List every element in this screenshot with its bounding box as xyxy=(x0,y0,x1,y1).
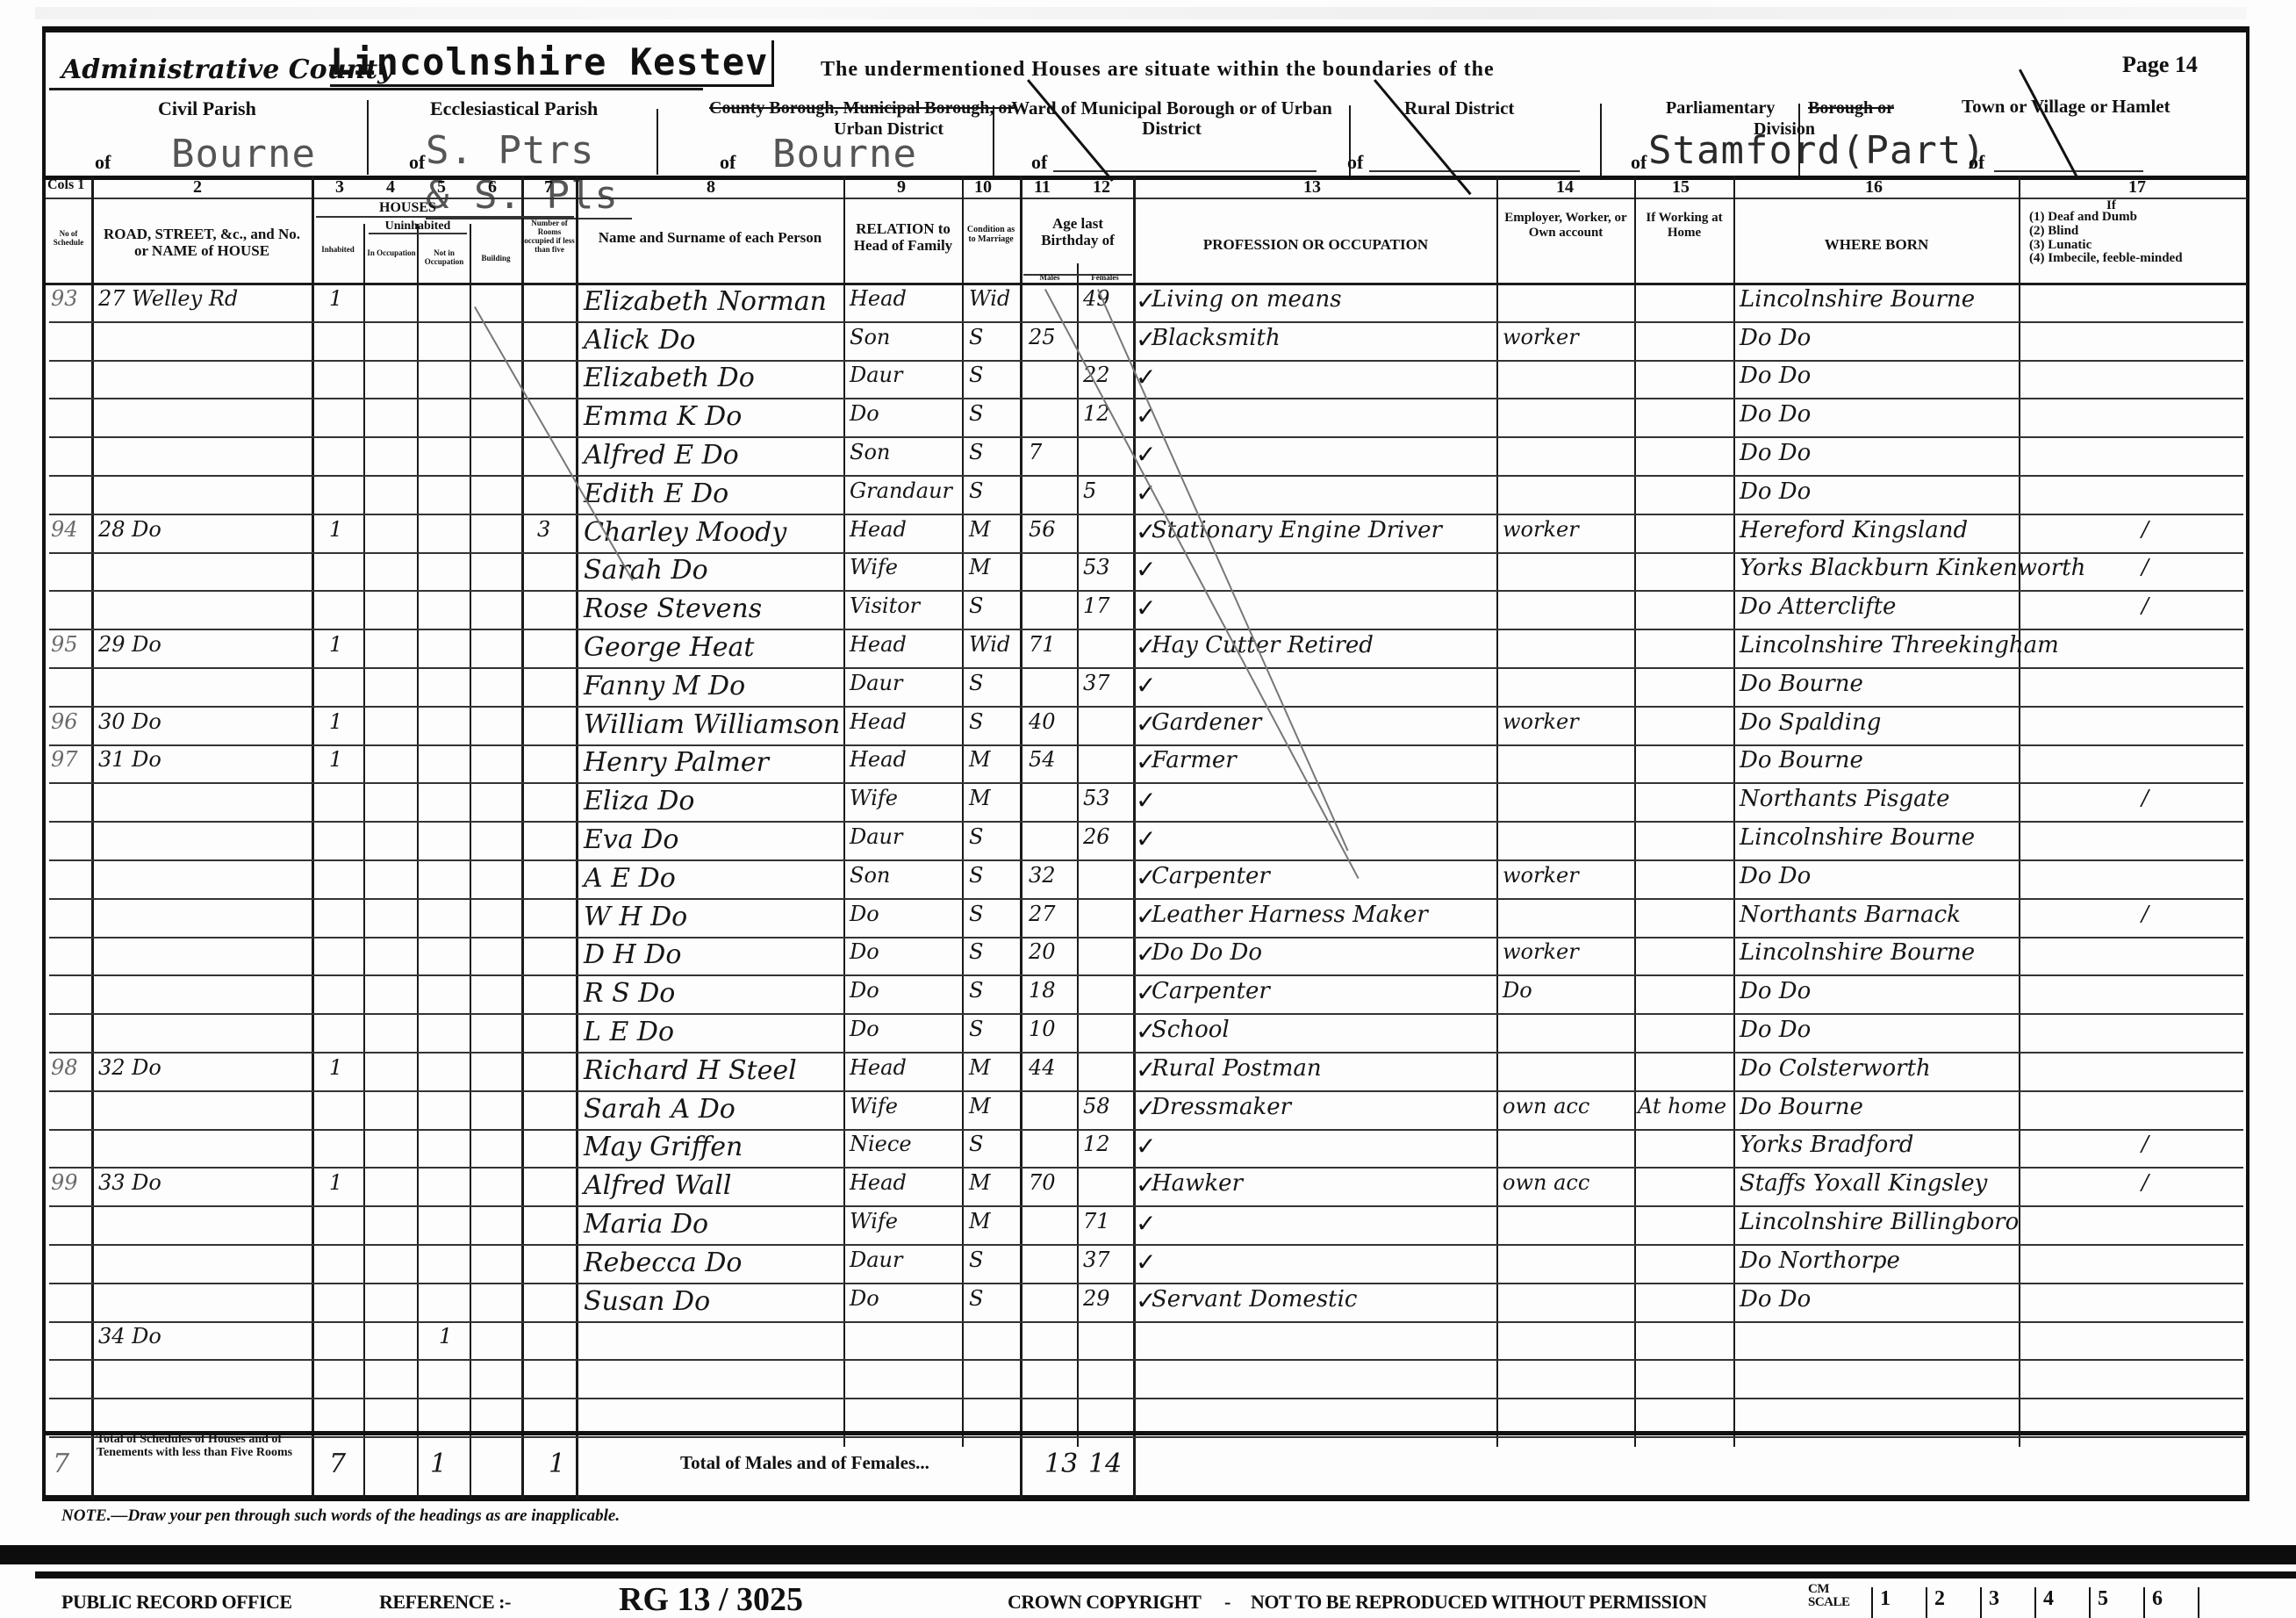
age-male: 18 xyxy=(1029,978,1056,1003)
parliamentary-borough-struck: Borough or xyxy=(1808,98,1894,118)
where-born: Lincolnshire Threekingham xyxy=(1740,632,2059,658)
occupation: Servant Domestic xyxy=(1152,1286,1357,1312)
relation: Do xyxy=(850,1286,879,1311)
inhabited: 1 xyxy=(329,747,342,772)
col-line xyxy=(1634,176,1636,1447)
col-in-occupation-header: In Occupation xyxy=(367,249,416,258)
address: 28 Do xyxy=(98,517,161,542)
relation: Grandaur xyxy=(850,478,952,503)
rural-value-line xyxy=(1369,170,1580,172)
condition: M xyxy=(969,1094,991,1118)
infirmity-option: (4) Imbecile, feeble-minded xyxy=(2029,252,2183,266)
relation: Head xyxy=(850,517,907,542)
inhabited: 1 xyxy=(329,1055,342,1080)
address: 29 Do xyxy=(98,632,161,657)
relation: Son xyxy=(850,863,890,888)
row-rule xyxy=(49,1244,2243,1246)
col-inhabited-header: Inhabited xyxy=(314,246,362,255)
relation: Do xyxy=(850,1017,879,1041)
col-number: 14 xyxy=(1556,177,1574,198)
totals-schedules-label: Total of Schedules of Houses and of Tene… xyxy=(97,1433,307,1460)
person-name: Richard H Steel xyxy=(584,1055,797,1086)
age-male: 40 xyxy=(1029,709,1056,734)
occupation: Leather Harness Maker xyxy=(1152,902,1428,928)
town-value-line xyxy=(1994,170,2143,172)
schedule-number: 96 xyxy=(51,709,78,734)
age-male: 25 xyxy=(1029,325,1056,349)
condition: M xyxy=(969,786,991,810)
check-mark-icon: ✓ xyxy=(1136,286,1156,315)
person-name: Elizabeth Do xyxy=(584,363,755,393)
occupation: Living on means xyxy=(1152,286,1342,313)
age-female: 58 xyxy=(1083,1094,1110,1118)
condition: S xyxy=(969,709,983,734)
row-rule xyxy=(49,821,2243,823)
age-female: 5 xyxy=(1083,478,1096,503)
person-name: Alfred E Do xyxy=(584,440,739,471)
uninhabited-header: Uninhabited xyxy=(369,219,467,234)
check-mark-icon: ✓ xyxy=(1136,517,1156,546)
where-born: Do Do xyxy=(1740,863,1811,889)
person-name: Emma K Do xyxy=(584,401,742,432)
instruction-note: NOTE.—Draw your pen through such words o… xyxy=(61,1507,620,1526)
condition: S xyxy=(969,401,983,426)
footer-copyright: CROWN COPYRIGHT xyxy=(1008,1591,1201,1614)
schedule-number: 97 xyxy=(51,747,78,772)
infirmity: / xyxy=(2142,1132,2149,1156)
col-infirmity-header: (1) Deaf and Dumb (2) Blind (3) Lunatic … xyxy=(2029,211,2183,266)
inhabited: 1 xyxy=(329,709,342,734)
condition: S xyxy=(969,440,983,464)
condition: Wid xyxy=(969,632,1010,657)
relation: Wife xyxy=(850,1209,898,1233)
age-female: 71 xyxy=(1083,1209,1110,1233)
check-mark-icon: ✓ xyxy=(1136,1055,1156,1084)
infirmity: / xyxy=(2142,555,2149,579)
scale-cell: 2 xyxy=(1926,1587,1980,1618)
row-rule xyxy=(49,436,2243,438)
age-female: 37 xyxy=(1083,1248,1110,1272)
check-mark-icon: ✓ xyxy=(1136,363,1156,392)
col-number: 2 xyxy=(193,177,202,198)
schedule-number: 93 xyxy=(51,286,78,311)
relation: Head xyxy=(850,632,907,657)
condition: S xyxy=(969,978,983,1003)
infirmity: / xyxy=(2142,1170,2149,1195)
scale-end xyxy=(2198,1587,2206,1618)
where-born: Staffs Yoxall Kingsley xyxy=(1740,1170,1987,1197)
intro-text: The undermentioned Houses are situate wi… xyxy=(821,58,1495,81)
where-born: Do Do xyxy=(1740,325,1811,351)
col-number: 8 xyxy=(707,177,715,198)
col-building-header: Building xyxy=(471,255,520,263)
where-born: Lincolnshire Bourne xyxy=(1740,286,1975,313)
row-rule xyxy=(49,974,2243,976)
occupation: Hawker xyxy=(1152,1170,1243,1197)
scale-cell: 3 xyxy=(1980,1587,2034,1618)
person-name: R S Do xyxy=(584,978,675,1009)
col-number: 6 xyxy=(488,177,497,198)
check-mark-icon: ✓ xyxy=(1136,1248,1156,1276)
person-name: May Griffen xyxy=(584,1132,743,1162)
ward-value-line xyxy=(1053,170,1317,172)
person-name: Charley Moody xyxy=(584,517,786,548)
title-underline xyxy=(49,88,703,90)
row-rule xyxy=(49,1129,2243,1131)
col-address-header: ROAD, STREET, &c., and No. or NAME of HO… xyxy=(97,227,307,259)
row-rule xyxy=(49,475,2243,477)
of-label: of xyxy=(1969,151,1984,174)
col-number: 16 xyxy=(1865,177,1883,198)
address: 33 Do xyxy=(98,1170,161,1195)
of-label: of xyxy=(720,151,735,174)
age-female: 12 xyxy=(1083,1132,1110,1156)
of-label: of xyxy=(1031,151,1047,174)
employment-status: own acc xyxy=(1503,1094,1589,1118)
occupation: Stationary Engine Driver xyxy=(1152,517,1442,543)
employment-status: worker xyxy=(1503,863,1579,888)
condition: S xyxy=(969,1132,983,1156)
row-rule xyxy=(49,590,2243,592)
person-name: Sarah A Do xyxy=(584,1094,735,1125)
age-male: 10 xyxy=(1029,1017,1056,1041)
of-label: of xyxy=(1631,151,1647,174)
col-line xyxy=(1496,176,1498,1447)
occupation: School xyxy=(1152,1017,1230,1043)
col-occupation-header: PROFESSION OR OCCUPATION xyxy=(1137,237,1494,254)
row-rule xyxy=(49,514,2243,515)
occupation: Farmer xyxy=(1152,747,1237,773)
where-born: Do Colsterworth xyxy=(1740,1055,1931,1082)
header-divider xyxy=(46,176,2247,180)
footer-reference-label: REFERENCE :- xyxy=(379,1591,511,1614)
row-rule xyxy=(49,1090,2243,1092)
col-line xyxy=(962,176,964,1447)
row-rule xyxy=(49,629,2243,630)
where-born: Do Northorpe xyxy=(1740,1248,1900,1274)
age-female: 53 xyxy=(1083,555,1110,579)
admin-county-value: Lincolnshire Kestev xyxy=(330,40,774,87)
age-male: 71 xyxy=(1029,632,1056,657)
condition: M xyxy=(969,747,991,772)
col-line xyxy=(470,224,471,1499)
where-born: Do Spalding xyxy=(1740,709,1881,736)
row-rule xyxy=(49,1359,2243,1361)
col-number: 5 xyxy=(437,177,446,198)
inhabited: 1 xyxy=(329,632,342,657)
check-mark-icon: ✓ xyxy=(1136,1170,1156,1199)
check-mark-icon: ✓ xyxy=(1136,1132,1156,1161)
col-age-header: Age last Birthday of xyxy=(1023,216,1132,248)
row-rule xyxy=(49,667,2243,669)
condition: M xyxy=(969,517,991,542)
relation: Do xyxy=(850,939,879,964)
row-rule xyxy=(49,360,2243,362)
totals-inhabited: 7 xyxy=(329,1449,346,1479)
person-name: D H Do xyxy=(584,939,681,970)
rural-district-label: Rural District xyxy=(1404,98,1514,119)
row-rule xyxy=(49,744,2243,746)
relation: Head xyxy=(850,747,907,772)
scale-cell: 5 xyxy=(2089,1587,2143,1618)
row-rule xyxy=(49,1167,2243,1169)
col-number: 12 xyxy=(1093,177,1110,198)
where-born: Do Do xyxy=(1740,1017,1811,1043)
person-name: W H Do xyxy=(584,902,687,932)
condition: S xyxy=(969,902,983,926)
condition: S xyxy=(969,1017,983,1041)
where-born: Northants Pisgate xyxy=(1740,786,1949,812)
employment-status: worker xyxy=(1503,939,1579,964)
address: 34 Do xyxy=(98,1324,161,1348)
person-name: Sarah Do xyxy=(584,555,708,586)
infirmity: / xyxy=(2142,902,2149,926)
check-mark-icon: ✓ xyxy=(1136,1017,1156,1046)
col-number: 11 xyxy=(1034,177,1051,198)
occupation: Carpenter xyxy=(1152,863,1270,889)
person-name: Susan Do xyxy=(584,1286,710,1317)
where-born: Do Do xyxy=(1740,1286,1811,1312)
occupation: Dressmaker xyxy=(1152,1094,1291,1120)
check-mark-icon: ✓ xyxy=(1136,1094,1156,1123)
area-divider xyxy=(657,109,658,175)
col-females-header: Females xyxy=(1080,274,1130,283)
condition: S xyxy=(969,363,983,387)
age-male: 70 xyxy=(1029,1170,1056,1195)
person-name: Rose Stevens xyxy=(584,593,762,624)
check-mark-icon: ✓ xyxy=(1136,1286,1156,1315)
row-rule xyxy=(49,1013,2243,1015)
scale-cell: 6 xyxy=(2143,1587,2198,1618)
relation: Wife xyxy=(850,555,898,579)
row-rule xyxy=(49,1052,2243,1053)
condition: S xyxy=(969,939,983,964)
houses-underline xyxy=(316,216,574,218)
header-bottom xyxy=(46,283,2247,285)
scale-cell: 1 xyxy=(1871,1587,1926,1618)
census-page: Administrative County Lincolnshire Keste… xyxy=(0,0,2296,1618)
row-rule xyxy=(49,706,2243,708)
check-mark-icon: ✓ xyxy=(1136,632,1156,661)
footer-bar xyxy=(0,1545,2296,1564)
infirmity-option: (2) Blind xyxy=(2029,225,2183,239)
schedule-number: 99 xyxy=(51,1170,78,1195)
age-female: 53 xyxy=(1083,786,1110,810)
area-divider xyxy=(367,100,369,175)
age-male: 54 xyxy=(1029,747,1056,772)
check-mark-icon: ✓ xyxy=(1136,593,1156,622)
relation: Daur xyxy=(850,1248,902,1272)
check-mark-icon: ✓ xyxy=(1136,709,1156,738)
where-born: Yorks Bradford xyxy=(1740,1132,1913,1158)
col-rooms-header: Number of Rooms occupied if less than fi… xyxy=(524,219,575,255)
person-name: Fanny M Do xyxy=(584,671,745,701)
age-female: 29 xyxy=(1083,1286,1110,1311)
employment-status: worker xyxy=(1503,517,1579,542)
footer-office: PUBLIC RECORD OFFICE xyxy=(61,1591,292,1614)
check-mark-icon: ✓ xyxy=(1136,978,1156,1007)
row-rule xyxy=(49,1398,2243,1399)
infirmity: / xyxy=(2142,517,2149,542)
col-schedule-header: No of Schedule xyxy=(47,230,90,248)
ecclesiastical-parish-label: Ecclesiastical Parish xyxy=(430,98,598,119)
person-name: William Williamson xyxy=(584,709,840,740)
infirmity: / xyxy=(2142,593,2149,618)
col-not-in-occupation-header: Not in Occupation xyxy=(420,249,469,267)
col-line xyxy=(1020,176,1022,1499)
row-rule xyxy=(49,321,2243,323)
check-mark-icon: ✓ xyxy=(1136,863,1156,892)
col-number: 4 xyxy=(386,177,395,198)
occupation: Gardener xyxy=(1152,709,1261,736)
relation: Do xyxy=(850,401,879,426)
person-name: George Heat xyxy=(584,632,754,663)
where-born: Do Bourne xyxy=(1740,671,1863,697)
relation: Head xyxy=(850,1170,907,1195)
col-line xyxy=(1077,263,1079,1447)
relation: Head xyxy=(850,1055,907,1080)
where-born: Do Do xyxy=(1740,363,1811,389)
totals-schedules-count: 7 xyxy=(53,1449,69,1479)
footer-scale-label: CM SCALE xyxy=(1808,1583,1850,1609)
relation: Head xyxy=(850,709,907,734)
col-condition-header: Condition as to Marriage xyxy=(964,225,1018,244)
row-rule xyxy=(49,782,2243,784)
employment-status: worker xyxy=(1503,709,1579,734)
check-mark-icon: ✓ xyxy=(1136,747,1156,776)
schedule-number: 94 xyxy=(51,517,78,542)
col-name-header: Name and Surname of each Person xyxy=(579,230,841,247)
relation: Son xyxy=(850,440,890,464)
footer-restriction: NOT TO BE REPRODUCED WITHOUT PERMISSION xyxy=(1251,1591,1706,1614)
totals-rooms: 1 xyxy=(549,1449,565,1479)
county-borough-struck-label: County Borough, Municipal Borough, or xyxy=(709,98,1015,118)
col-line xyxy=(576,176,578,1499)
col-line xyxy=(521,176,524,1499)
where-born: Lincolnshire Billingboro xyxy=(1740,1209,2019,1235)
row-rule xyxy=(49,1321,2243,1323)
col-number: 10 xyxy=(974,177,992,198)
infirmity-option: (3) Lunatic xyxy=(2029,239,2183,253)
relation: Niece xyxy=(850,1132,912,1156)
where-born: Do Bourne xyxy=(1740,1094,1863,1120)
person-name: Maria Do xyxy=(584,1209,708,1240)
condition: S xyxy=(969,824,983,849)
condition: Wid xyxy=(969,286,1010,311)
page-number: Page 14 xyxy=(2122,53,2198,78)
col-line xyxy=(2019,176,2020,1447)
col-number: 7 xyxy=(544,177,553,198)
col-number: 15 xyxy=(1672,177,1690,198)
condition: S xyxy=(969,671,983,695)
age-male: 20 xyxy=(1029,939,1056,964)
inhabited: 1 xyxy=(329,286,342,311)
where-born: Do Do xyxy=(1740,478,1811,505)
rooms: 3 xyxy=(537,517,550,542)
scale-label-cm: CM xyxy=(1808,1583,1850,1596)
relation: Daur xyxy=(850,824,902,849)
occupation: Rural Postman xyxy=(1152,1055,1322,1082)
totals-females: 14 xyxy=(1088,1449,1122,1479)
relation: Do xyxy=(850,978,879,1003)
town-village-label: Town or Village or Hamlet xyxy=(1962,97,2170,117)
of-label: of xyxy=(409,151,425,174)
person-name: Eliza Do xyxy=(584,786,694,816)
age-male: 27 xyxy=(1029,902,1056,926)
infirmity-option: (1) Deaf and Dumb xyxy=(2029,211,2183,225)
row-rule xyxy=(49,937,2243,938)
col-number: 9 xyxy=(897,177,906,198)
age-male: 44 xyxy=(1029,1055,1056,1080)
occupation: Do Do Do xyxy=(1152,939,1262,966)
where-born: Do Do xyxy=(1740,440,1811,466)
scan-noise xyxy=(35,7,2247,19)
address: 32 Do xyxy=(98,1055,161,1080)
employment-status: worker xyxy=(1503,325,1579,349)
check-mark-icon: ✓ xyxy=(1136,786,1156,815)
person-name: Rebecca Do xyxy=(584,1248,742,1278)
inhabited: 1 xyxy=(329,1170,342,1195)
schedule-number: 95 xyxy=(51,632,78,657)
check-mark-icon: ✓ xyxy=(1136,325,1156,354)
working-at-home: At home xyxy=(1638,1094,1726,1118)
parliamentary-label: Parliamentary xyxy=(1666,98,1775,118)
col-males-header: Males xyxy=(1025,274,1074,283)
urban-district-value: Bourne xyxy=(772,132,930,178)
col-line xyxy=(1733,176,1735,1447)
ecclesiastical-parish-value: S. Ptrs & S. Pls xyxy=(426,128,632,219)
age-male: 7 xyxy=(1029,440,1042,464)
col-number: Cols 1 xyxy=(47,177,84,193)
where-born: Northants Barnack xyxy=(1740,902,1961,928)
age-female: 37 xyxy=(1083,671,1110,695)
check-mark-icon: ✓ xyxy=(1136,939,1156,968)
of-label: of xyxy=(1347,151,1363,174)
totals-males: 13 xyxy=(1044,1449,1078,1479)
age-male: 32 xyxy=(1029,863,1056,888)
condition: S xyxy=(969,1286,983,1311)
scale-label-scale: SCALE xyxy=(1808,1596,1850,1609)
relation: Son xyxy=(850,325,890,349)
person-name: Henry Palmer xyxy=(584,747,769,778)
row-rule xyxy=(49,1205,2243,1207)
schedule-number: 98 xyxy=(51,1055,78,1080)
col-line xyxy=(843,176,845,1447)
civil-parish-label: Civil Parish xyxy=(158,98,256,119)
row-rule xyxy=(49,552,2243,554)
footer-bar-thin xyxy=(35,1571,2296,1578)
condition: S xyxy=(969,478,983,503)
row-rule xyxy=(49,1436,2243,1438)
check-mark-icon: ✓ xyxy=(1136,555,1156,584)
inhabited: 1 xyxy=(329,517,342,542)
relation: Wife xyxy=(850,786,898,810)
infirmity: / xyxy=(2142,786,2149,810)
parliamentary-division-value: Stamford(Part) xyxy=(1648,128,1986,173)
address: 27 Welley Rd xyxy=(98,286,238,311)
footer-reference: RG 13 / 3025 xyxy=(619,1580,803,1618)
condition: S xyxy=(969,325,983,349)
person-name: Eva Do xyxy=(584,824,678,855)
relation: Head xyxy=(850,286,907,311)
address: 30 Do xyxy=(98,709,161,734)
age-female: 17 xyxy=(1083,593,1110,618)
row-rule xyxy=(49,1283,2243,1284)
person-name: Alfred Wall xyxy=(584,1170,732,1201)
age-male: 56 xyxy=(1029,517,1056,542)
col-line xyxy=(417,224,419,1499)
row-rule xyxy=(49,859,2243,861)
